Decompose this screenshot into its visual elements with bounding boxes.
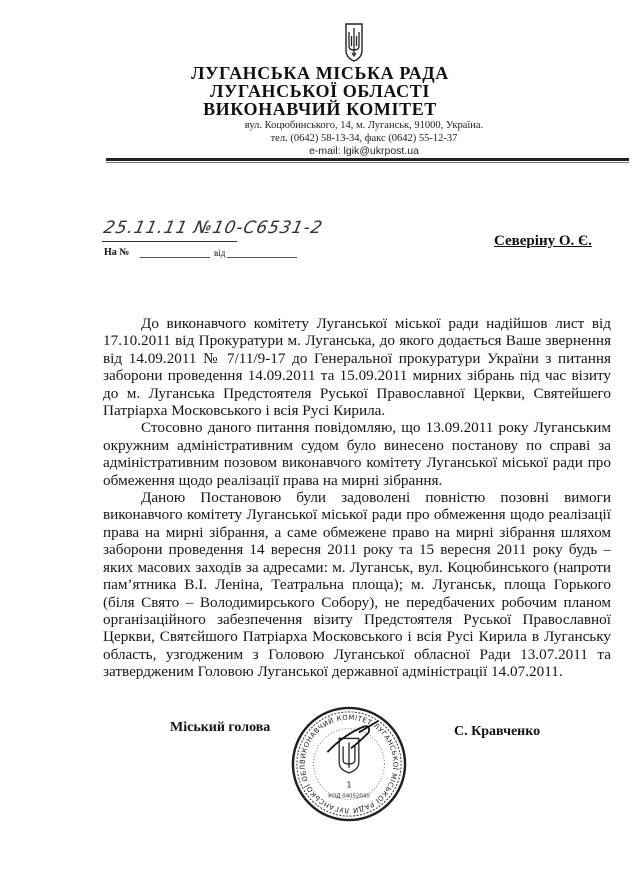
reference-underline <box>102 241 237 242</box>
letterhead-contacts: вул. Коцюбинського, 14, м. Луганськ, 910… <box>0 119 640 158</box>
letterhead-email: e-mail: lgik@ukrpost.ua <box>88 145 640 158</box>
letterhead-line-2: ЛУГАНСЬКОЇ ОБЛАСТІ <box>0 82 640 100</box>
letterhead-line-1: ЛУГАНСЬКА МІСЬКА РАДА <box>0 64 640 82</box>
signatory-title: Міський голова <box>170 720 270 736</box>
body-paragraph-1: До виконавчого комітету Луганської міськ… <box>103 315 611 419</box>
addressee: Северіну О. Є. <box>494 233 592 250</box>
signatory-name: С. Кравченко <box>454 724 540 740</box>
letterhead-title: ЛУГАНСЬКА МІСЬКА РАДА ЛУГАНСЬКОЇ ОБЛАСТІ… <box>0 64 640 118</box>
letterhead-address: вул. Коцюбинського, 14, м. Луганськ, 910… <box>88 119 640 132</box>
from-date-label: від <box>214 248 225 258</box>
letterhead-phone: тел. (0642) 58-13-34, факс (0642) 55-12-… <box>88 132 640 145</box>
reply-date-blank <box>227 257 297 258</box>
letterhead-divider-thin <box>106 162 629 163</box>
trident-coat-of-arms-icon <box>345 22 363 62</box>
in-reply-to-label: На № <box>104 247 129 258</box>
letterhead-divider <box>106 158 629 161</box>
stamp-number: 1 <box>346 781 351 790</box>
official-seal-stamp: ВИКОНАВЧИЙ КОМІТЕТ ЛУГАНСЬКОЇ МІСЬКОЇ РА… <box>290 705 408 823</box>
body-paragraph-2: Стосовно даного питання повідомляю, що 1… <box>103 419 611 489</box>
body-paragraph-3: Даною Постановою були задоволені повніст… <box>103 489 611 680</box>
handwritten-reference: 25.11.11 №10-С6531-2 <box>102 218 325 238</box>
reply-number-blank <box>140 257 210 258</box>
stamp-code: КОД 04052040 <box>328 793 370 799</box>
letter-body: До виконавчого комітету Луганської міськ… <box>103 315 611 681</box>
handwritten-signature <box>327 721 378 752</box>
letterhead-line-3: ВИКОНАВЧИЙ КОМІТЕТ <box>0 100 640 118</box>
